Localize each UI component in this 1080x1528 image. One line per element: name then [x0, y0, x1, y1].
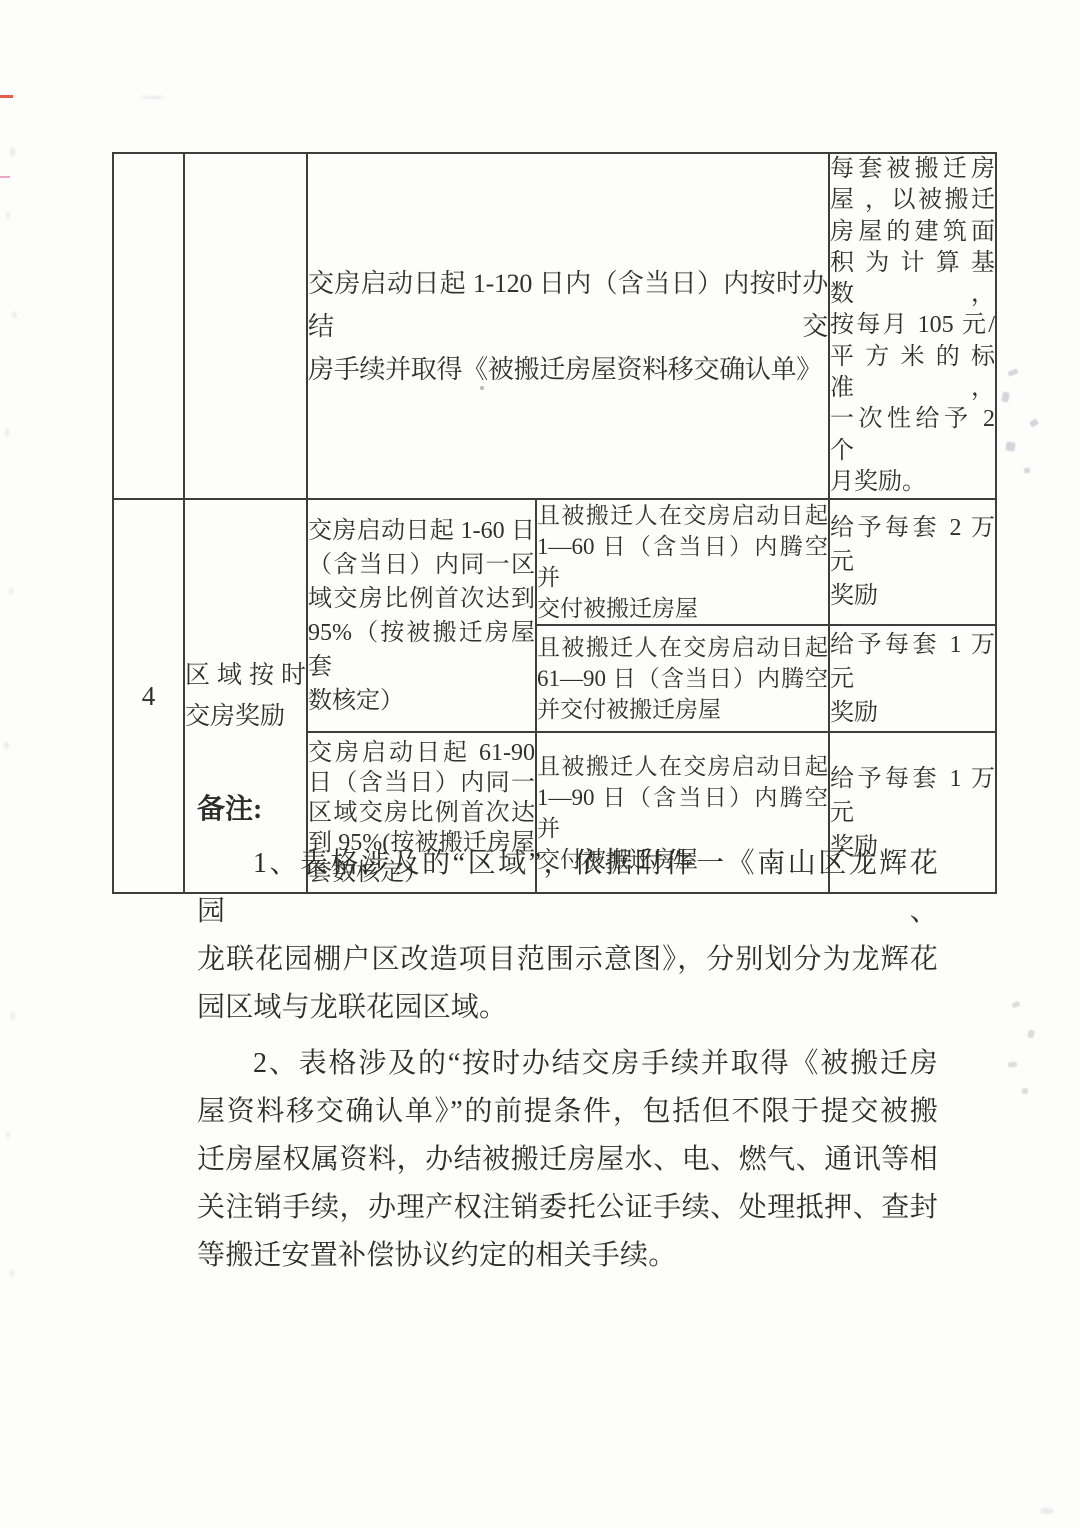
pencil-scribble	[1027, 1029, 1035, 1038]
scanned-document-page: 交房启动日起 1-120 日内（含当日）内按时办结交房手续并取得《被搬迁房屋资料…	[0, 0, 1080, 1528]
scan-smudge	[4, 742, 9, 749]
pencil-scribble	[1011, 1001, 1020, 1008]
pencil-scribble	[1008, 1061, 1018, 1067]
scan-mark-pink-line	[0, 176, 10, 178]
pencil-scribble	[1029, 418, 1039, 427]
cell-reward-20k: 给予每套 2 万元奖励	[829, 499, 996, 625]
cell-reward-monthly-105: 每套被搬迁房屋 ，以被搬迁房屋的建筑面积为计算基数，按每月 105 元/平方米的…	[829, 153, 996, 499]
pencil-scribble	[1005, 441, 1015, 451]
scan-mark-red-line	[0, 95, 13, 98]
pencil-scribble	[1001, 391, 1010, 402]
notes-section: 备注: 1、表格涉及的“区域”，依据附件一《南山区龙辉花园、龙联花园棚户区改造项…	[197, 792, 938, 1280]
notes-heading: 备注:	[197, 792, 938, 828]
cell-category-empty	[184, 153, 307, 499]
pencil-scribble	[1021, 1087, 1029, 1095]
cell-condition-1-60d: 交房启动日起 1-60 日（含当日）内同一区域交房比例首次达到95%（按被搬迁房…	[307, 499, 536, 732]
scan-smudge	[6, 212, 10, 219]
scan-smudge	[10, 1270, 14, 1277]
scan-smudge	[6, 1132, 10, 1138]
note-paragraph-1: 1、表格涉及的“区域”，依据附件一《南山区龙辉花园、龙联花园棚户区改造项目范围示…	[197, 840, 938, 1032]
scan-smudge	[140, 96, 166, 99]
pencil-scribble	[1023, 467, 1030, 473]
scan-smudge	[11, 1012, 15, 1020]
cell-serial-4: 4	[113, 499, 184, 893]
relocation-reward-table: 交房启动日起 1-120 日内（含当日）内按时办结交房手续并取得《被搬迁房屋资料…	[112, 152, 997, 894]
note-paragraph-2: 2、表格涉及的“按时办结交房手续并取得《被搬迁房屋资料移交确认单》”的前提条件，…	[197, 1040, 938, 1280]
cell-handover-condition-120d: 交房启动日起 1-120 日内（含当日）内按时办结交房手续并取得《被搬迁房屋资料…	[307, 153, 829, 499]
scan-smudge	[1040, 1508, 1054, 1514]
pencil-scribble	[1007, 368, 1018, 376]
scan-smudge	[12, 312, 17, 318]
scan-smudge	[10, 148, 15, 156]
cell-detail-vacate-1-60d: 且被搬迁人在交房启动日起1—60 日（含当日）内腾空并交付被搬迁房屋	[536, 499, 829, 625]
scan-smudge	[5, 428, 9, 437]
scan-smudge	[9, 588, 13, 594]
cell-reward-10k-a: 给予每套 1 万元奖励	[829, 625, 996, 732]
cell-serial-empty	[113, 153, 184, 499]
cell-detail-vacate-61-90d: 且被搬迁人在交房启动日起61—90 日（含当日）内腾空并交付被搬迁房屋	[536, 625, 829, 732]
